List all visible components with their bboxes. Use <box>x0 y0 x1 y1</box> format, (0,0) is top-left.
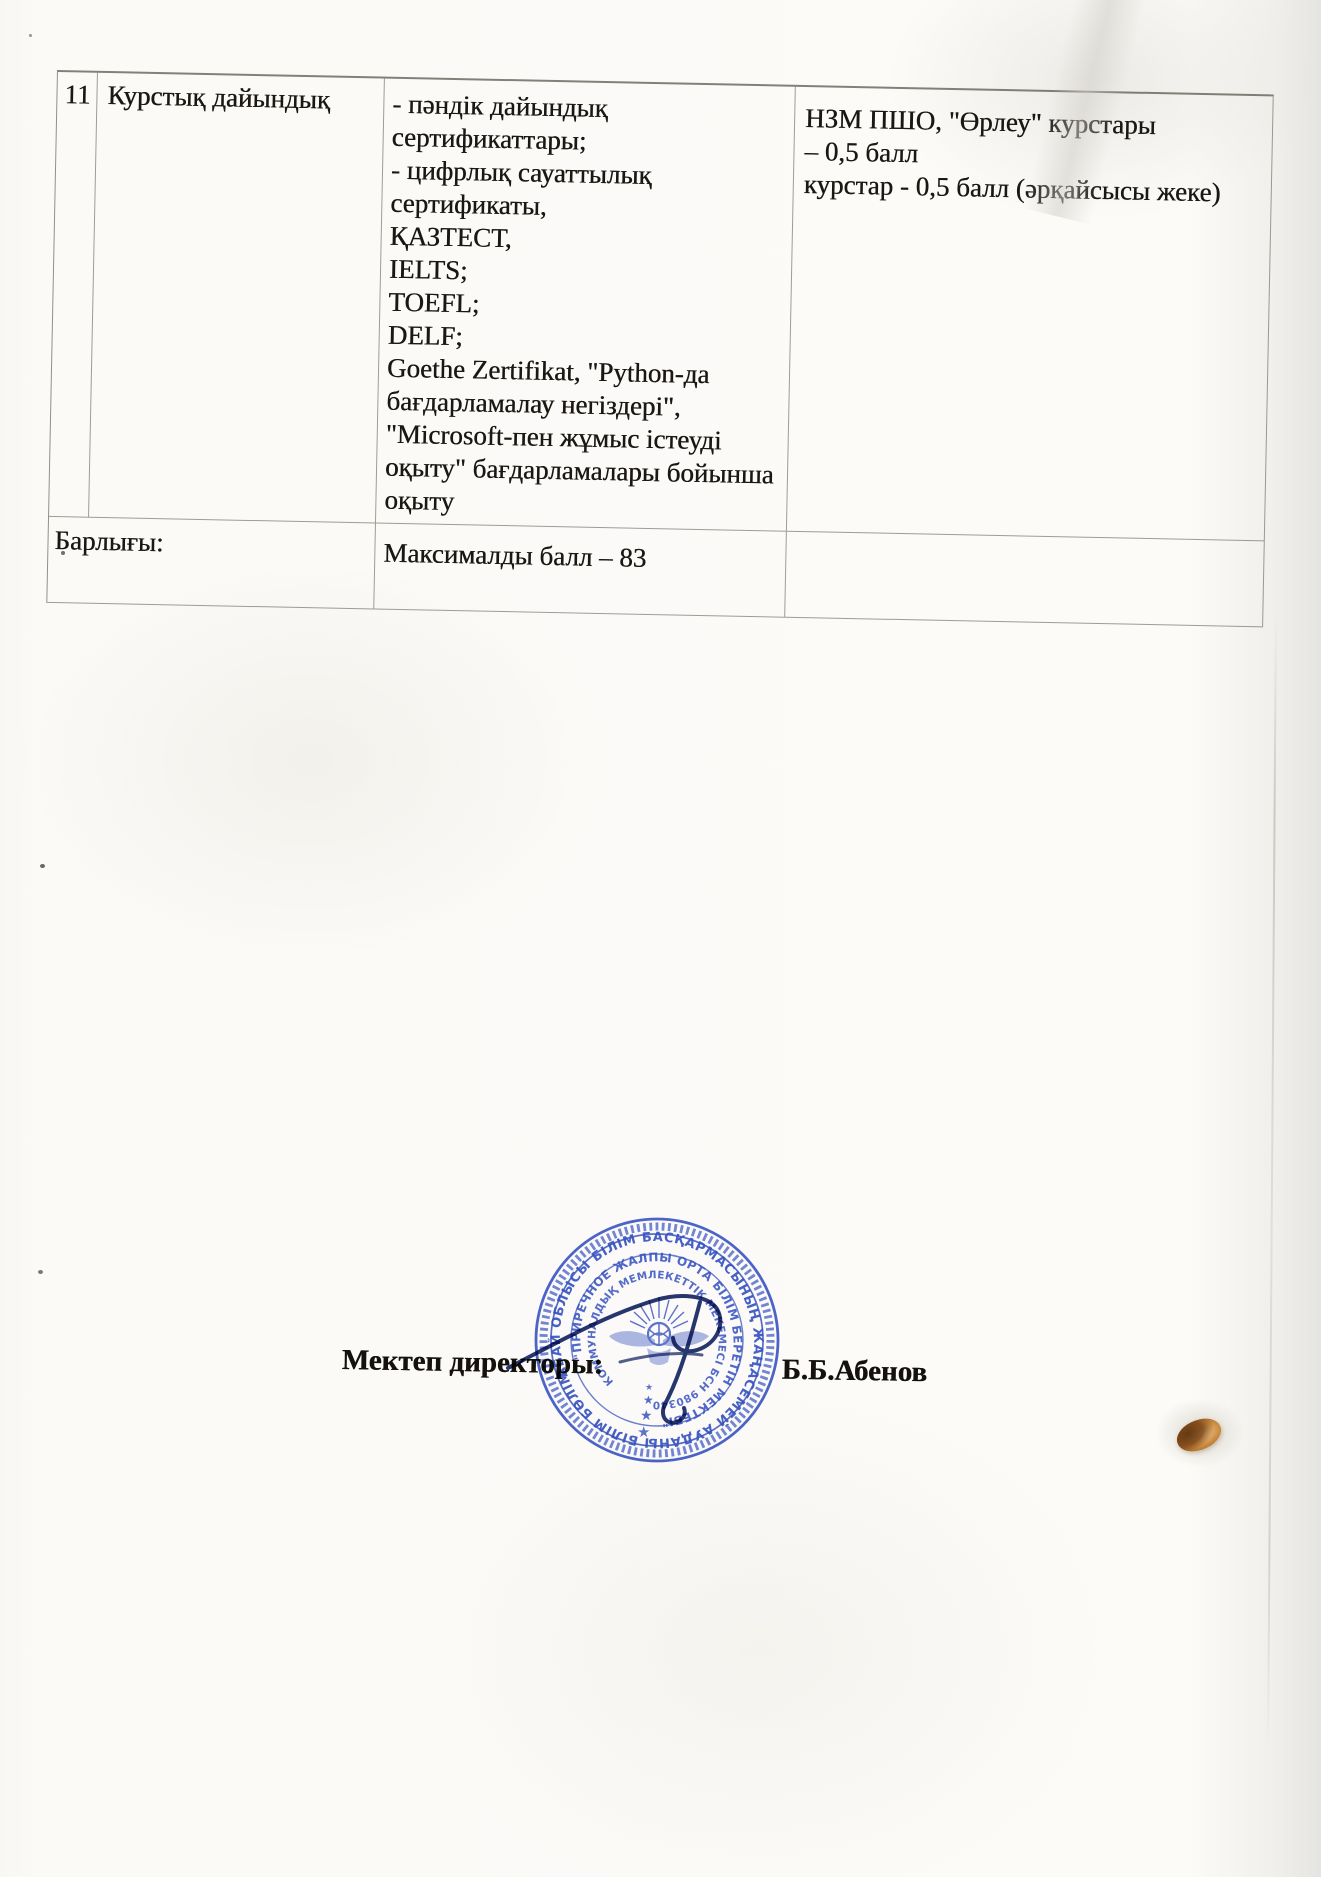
scanned-document-page: 11 Курстық дайындық - пәндік дайындық се… <box>0 0 1321 1877</box>
ink-dot <box>38 1270 43 1274</box>
table-empty-cell <box>785 532 1265 628</box>
table-cell-points: НЗМ ПШО, "Өрлеу" курстары – 0,5 балл кур… <box>787 87 1274 542</box>
ink-dot <box>61 551 65 555</box>
ink-dot <box>40 864 45 868</box>
table-cell-documents: - пәндік дайындық сертификаттары; - цифр… <box>376 79 796 532</box>
table-total-label: Барлығы: <box>47 517 376 610</box>
paper-fold-line <box>1267 612 1277 1752</box>
table-total-value: Максималды балл – 83 <box>374 523 787 617</box>
director-signature <box>470 1270 790 1450</box>
ink-dot <box>29 34 32 37</box>
table-cell-criterion: Курстық дайындық <box>89 73 385 524</box>
